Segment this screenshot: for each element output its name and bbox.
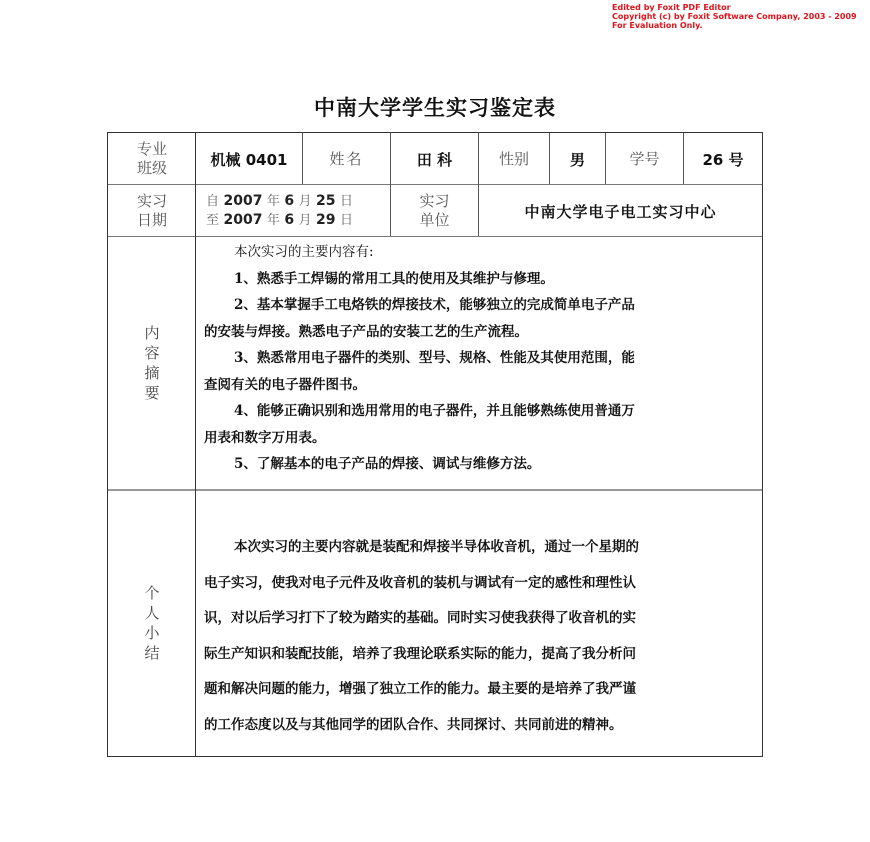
watermark-line: Copyright (c) by Foxit Software Company,… xyxy=(612,12,857,21)
row-divider xyxy=(108,489,762,491)
name-label: 姓名 xyxy=(303,133,390,185)
content-summary-text: 本次实习的主要内容有: 1、熟悉手工焊锡的常用工具的使用及其维护与修理。 2、基… xyxy=(204,239,760,478)
summary-line: 本次实习的主要内容就是装配和焊接半导体收音机，通过一个星期的 xyxy=(204,530,760,566)
summary-line: 2、基本掌握手工电烙铁的焊接技术，能够独立的完成简单电子产品 xyxy=(204,292,760,319)
appraisal-table: 专业 班级 机械 0401 姓名 田 科 性别 男 学号 26 号 实习 日期 … xyxy=(107,132,763,757)
summary-line: 4、能够正确识别和选用常用的电子器件，并且能够熟练使用普通万 xyxy=(204,398,760,425)
student-no-value: 26 号 xyxy=(684,133,762,185)
summary-line: 际生产知识和装配技能，培养了我理论联系实际的能力，提高了我分析问 xyxy=(204,637,760,673)
internship-date-label: 实习 日期 xyxy=(108,185,196,237)
summary-line: 电子实习，使我对电子元件及收音机的装机与调试有一定的感性和理性认 xyxy=(204,566,760,602)
name-value: 田 科 xyxy=(391,133,478,185)
document-title: 中南大学学生实习鉴定表 xyxy=(0,92,870,122)
internship-unit-label: 实习 单位 xyxy=(391,185,478,237)
summary-line: 题和解决问题的能力，增强了独立工作的能力。最主要的是培养了我严谨 xyxy=(204,672,760,708)
summary-line: 的安装与焊接。熟悉电子产品的安装工艺的生产流程。 xyxy=(204,319,760,346)
label-line: 实习 xyxy=(419,192,449,211)
gender-value: 男 xyxy=(550,133,605,185)
major-class-label: 专业 班级 xyxy=(108,133,196,185)
gender-label: 性别 xyxy=(479,133,549,185)
label-line: 实习 xyxy=(137,192,167,211)
content-summary-label: 内 容 摘 要 xyxy=(143,237,161,489)
internship-date-range: 自 2007 年 6 月 25 日 至 2007 年 6 月 29 日 xyxy=(196,185,390,237)
label-line: 单位 xyxy=(419,211,449,230)
label-line: 日期 xyxy=(137,211,167,230)
personal-summary-text: 本次实习的主要内容就是装配和焊接半导体收音机，通过一个星期的 电子实习，使我对电… xyxy=(204,530,760,743)
personal-summary-label: 个 人 小 结 xyxy=(143,490,161,756)
student-no-label: 学号 xyxy=(606,133,683,185)
major-class-value: 机械 0401 xyxy=(196,133,302,185)
date-to: 至 2007 年 6 月 29 日 xyxy=(206,211,353,230)
watermark-line: Edited by Foxit PDF Editor xyxy=(612,3,857,12)
summary-line: 本次实习的主要内容有: xyxy=(204,239,760,266)
summary-line: 用表和数字万用表。 xyxy=(204,425,760,452)
summary-line: 查阅有关的电子器件图书。 xyxy=(204,372,760,399)
label-line: 专业 xyxy=(137,140,167,159)
summary-line: 3、熟悉常用电子器件的类别、型号、规格、性能及其使用范围，能 xyxy=(204,345,760,372)
label-line: 班级 xyxy=(137,159,167,178)
internship-unit-value: 中南大学电子电工实习中心 xyxy=(479,185,762,237)
summary-line: 1、熟悉手工焊锡的常用工具的使用及其维护与修理。 xyxy=(204,266,760,293)
foxit-watermark: Edited by Foxit PDF Editor Copyright (c)… xyxy=(612,3,857,30)
summary-line: 的工作态度以及与其他同学的团队合作、共同探讨、共同前进的精神。 xyxy=(204,708,760,744)
summary-line: 5、了解基本的电子产品的焊接、调试与维修方法。 xyxy=(204,451,760,478)
watermark-line: For Evaluation Only. xyxy=(612,21,857,30)
summary-line: 识，对以后学习打下了较为踏实的基础。同时实习使我获得了收音机的实 xyxy=(204,601,760,637)
date-from: 自 2007 年 6 月 25 日 xyxy=(206,192,353,211)
